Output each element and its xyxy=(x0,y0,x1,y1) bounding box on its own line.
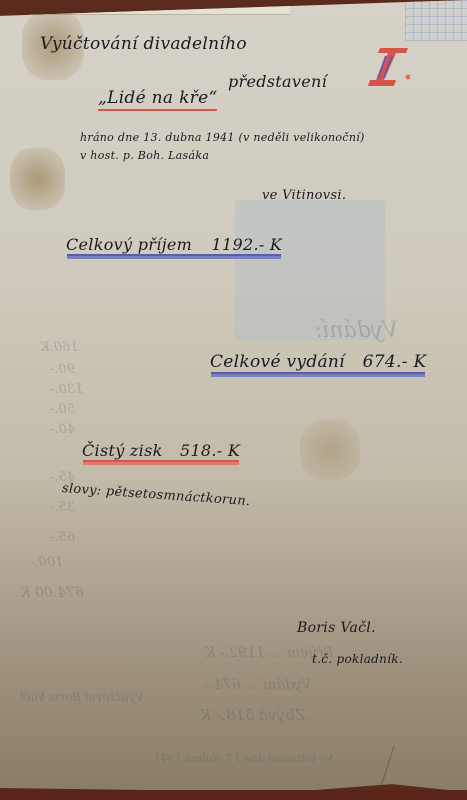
ghost-subtotal: 674.00 K xyxy=(20,585,84,601)
amount-in-words: slovy: pětsetosmnáctkorun. xyxy=(61,481,250,509)
ghost-amount: 130.- xyxy=(50,382,83,397)
place: ve Vitinovsi. xyxy=(262,188,346,203)
title-line1: Vyúčtování divadelního xyxy=(40,34,247,54)
ghost-signer: Vyúčtoval Boris Vačl xyxy=(20,690,144,704)
performance-date: hráno dne 13. dubna 1941 (v neděli velik… xyxy=(80,131,365,144)
stain-mid xyxy=(300,420,360,480)
ghost-date: Ve Vitinovsi dne 17. dubna 1941. xyxy=(150,752,334,765)
ghost-amount: 90.- xyxy=(50,362,75,377)
total-expense: Celkové vydání 674.- K xyxy=(210,352,426,372)
underlying-paper-strip xyxy=(30,0,290,15)
net-profit-value: 518.- K xyxy=(180,441,240,460)
ghost-amount: 40.- xyxy=(50,422,75,437)
ghost-amount: 35.- xyxy=(50,500,75,515)
ghost-amount: 160.K xyxy=(40,340,79,355)
ghost-summary: Zbývá 518.- K xyxy=(200,706,305,724)
total-income-value: 1192.- K xyxy=(212,235,283,254)
total-expense-label: Celkové vydání xyxy=(210,352,345,372)
roman-numeral-ii xyxy=(366,44,410,90)
total-expense-value: 674.- K xyxy=(363,352,427,372)
ghost-amount: 100.- xyxy=(30,555,63,570)
ghost-amount: 50.- xyxy=(50,402,75,417)
ghost-amount: 65.- xyxy=(50,530,75,545)
title-line2: představení xyxy=(228,72,327,91)
total-income: Celkový příjem 1192.- K xyxy=(66,235,282,254)
signature-role: t.č. pokladník. xyxy=(312,652,403,666)
net-profit: Čistý zisk 518.- K xyxy=(82,441,240,460)
net-profit-label: Čistý zisk xyxy=(82,441,163,460)
stain-left xyxy=(10,148,65,210)
performance-venue: v host. p. Boh. Lasáka xyxy=(80,149,209,162)
play-title: „Lidé na kře“ xyxy=(98,88,217,111)
document-page: Vydání: 160.K 90.- 130.- 50.- 40.- 45.- … xyxy=(0,0,467,792)
ghost-header: Vydání: xyxy=(315,318,398,343)
ghost-summary: Vydání ... 674.- xyxy=(205,677,311,693)
table-surface xyxy=(0,790,467,800)
total-income-label: Celkový příjem xyxy=(66,235,192,254)
signature-name: Boris Vačl. xyxy=(297,620,376,636)
graph-paper-corner xyxy=(405,0,467,42)
